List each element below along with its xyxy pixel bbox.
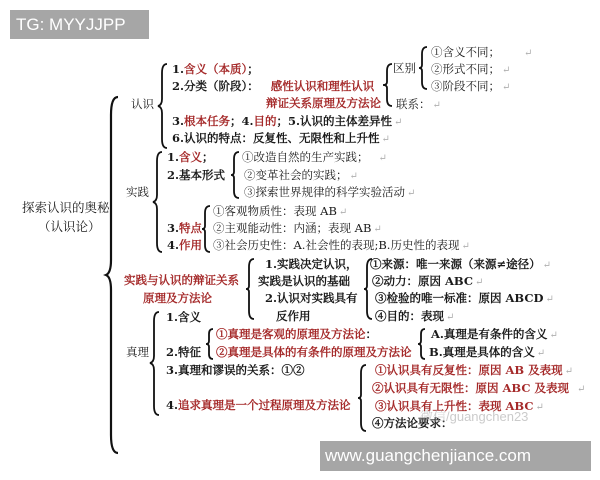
renshi-brace <box>158 63 168 149</box>
renshi-meaning: 含义（本质） <box>184 62 247 76</box>
return-mark-icon: ↵ <box>461 241 469 252</box>
return-mark-icon: ↵ <box>524 48 532 59</box>
return-mark-icon: ↵ <box>379 153 387 164</box>
num: 4. <box>167 238 179 252</box>
text: 6.认识的特点：反复性、无限性和上升性 <box>172 131 380 145</box>
bianzheng-label-1: 实践与认识的辩证关系 <box>124 273 239 287</box>
top-left-badge: TG: MYYJJPP <box>10 10 149 39</box>
qubie-label: 区别 <box>393 61 416 75</box>
bianzheng-p1b: 实践是认识的基础 <box>258 274 350 288</box>
process-item-2: ②认识具有无限性：原因 ABC 及表现↵ <box>372 381 585 397</box>
shijian-feature: 特点 <box>179 221 202 235</box>
feature-item-3: ③社会历史性：A.社会性的表现;B.历史性的表现↵ <box>213 238 470 254</box>
num: 1. <box>172 62 184 76</box>
zhenli-item-3: 3.真理和谬误的关系：①② <box>166 363 305 377</box>
shijian-item-3: 3.特点 <box>167 221 202 235</box>
root-subtitle: （认识论） <box>38 220 101 234</box>
renshi-purpose: 目的 <box>254 114 277 128</box>
text: ②主观能动性：内涵；表现 AB <box>213 221 371 235</box>
return-mark-icon: ↵ <box>502 82 510 93</box>
return-mark-icon: ↵ <box>502 65 510 76</box>
renshi-label: 认识 <box>131 97 154 111</box>
bianzheng-p1a: 1.实践决定认识， <box>265 257 358 271</box>
text: ②形式不同； <box>431 62 500 76</box>
feature-item-1: ①客观物质性：表现 AB↵ <box>213 204 347 220</box>
zhenli-feature-2: ②真理是具体的有条件的原理及方法论 <box>216 345 412 359</box>
role-item-1: ①来源：唯一来源（来源≠途径）↵ <box>370 257 551 273</box>
form-item-2: ②变革社会的实践；↵ <box>244 168 358 184</box>
zhenli-sub-a: A.真理是有条件的含义↵ <box>431 327 558 343</box>
return-mark-icon: ↵ <box>565 366 573 377</box>
shijian-item-1: 1.含义； <box>167 150 214 164</box>
text: 联系： <box>396 97 431 111</box>
zhenli-feature-brace <box>206 328 214 360</box>
renshi-item-1: 1.含义（本质）； <box>172 62 259 76</box>
qubie-brace <box>419 46 428 90</box>
role-item-2: ②动力：原因 ABC↵ <box>372 274 483 290</box>
num: 3. <box>172 114 184 128</box>
return-mark-icon: ↵ <box>373 224 381 235</box>
text: ③阶段不同； <box>431 79 500 93</box>
return-mark-icon: ↵ <box>339 207 347 218</box>
return-mark-icon: ↵ <box>536 402 544 413</box>
return-mark-icon: ↵ <box>549 330 557 341</box>
process-brace <box>358 364 367 432</box>
return-mark-icon: ↵ <box>394 117 402 128</box>
renshi-dialectical: 辩证关系原理及方法论 <box>266 96 381 110</box>
role-item-3: ③检验的唯一标准：原因 ABCD↵ <box>375 291 554 307</box>
renshi-subject-diff: ；5.认识的主体差异性 <box>277 114 393 128</box>
forms-brace <box>231 151 240 199</box>
num: 4. <box>166 398 178 412</box>
renshi-classification: 2.分类（阶段）： <box>172 79 259 93</box>
form-item-3: ③探索世界规律的科学实验活动↵ <box>244 185 415 201</box>
text: ①改造自然的生产实践； <box>242 150 369 164</box>
qubie-lianxi-brace <box>383 63 393 107</box>
shijian-meaning: 含义 <box>179 150 202 164</box>
return-mark-icon: ↵ <box>577 384 585 395</box>
text: B.真理是具体的含义 <box>429 345 535 359</box>
zhenli-sub-brace <box>418 328 426 360</box>
lianxi-label: 联系：↵ <box>396 97 441 113</box>
text: ③探索世界规律的科学实验活动 <box>244 185 405 199</box>
bianzheng-p2b: 反作用 <box>276 309 311 323</box>
return-mark-icon: ↵ <box>350 171 358 182</box>
text: ①客观物质性：表现 AB <box>213 204 337 218</box>
bottom-right-badge: www.guangchenjiance.com <box>320 441 591 471</box>
bianzheng-label-2: 原理及方法论 <box>143 291 212 305</box>
return-mark-icon: ↵ <box>407 188 415 199</box>
shijian-item-2: 2.基本形式 <box>167 168 225 182</box>
text: ④目的：表现 <box>375 309 444 323</box>
zhenli-item-2: 2.特征 <box>166 345 201 359</box>
shijian-brace <box>153 151 163 253</box>
zhenli-label: 真理 <box>126 345 149 359</box>
zhenli-process: 追求真理是一个过程原理及方法论 <box>178 398 351 412</box>
features-brace <box>202 205 211 253</box>
root-title: 探索认识的奥秘 <box>22 201 110 215</box>
tail: ； <box>202 150 214 164</box>
num: 1. <box>167 150 179 164</box>
text: ②变革社会的实践； <box>244 168 348 182</box>
qubie-item-1: ①含义不同；↵ <box>431 45 532 61</box>
bianzheng-p2a: 2.认识对实践具有 <box>265 291 358 305</box>
form-item-1: ①改造自然的生产实践；↵ <box>242 150 387 166</box>
zhenli-sub-b: B.真理是具体的含义↵ <box>429 345 545 361</box>
return-mark-icon: ↵ <box>543 260 551 271</box>
root-brace <box>106 95 120 455</box>
text: A.真理是有条件的含义 <box>431 327 547 341</box>
renshi-item-3: 3.根本任务；4.目的；5.认识的主体差异性↵ <box>172 114 402 130</box>
process-item-1: ①认识具有反复性：原因 AB 及表现↵ <box>375 363 573 379</box>
text: ①认识具有反复性：原因 AB 及表现 <box>375 363 563 377</box>
qubie-item-3: ③阶段不同；↵ <box>431 79 510 95</box>
text: ②动力：原因 ABC <box>372 274 473 288</box>
zhenli-brace <box>150 311 160 416</box>
text: ②认识具有无限性：原因 ABC 及表现 <box>372 381 569 395</box>
return-mark-icon: ↵ <box>537 348 545 359</box>
zhenli-item-4: 4.追求真理是一个过程原理及方法论 <box>166 398 351 412</box>
feature-item-2: ②主观能动性：内涵；表现 AB↵ <box>213 221 382 237</box>
renshi-item-2: 2.分类（阶段）： 感性认识和理性认识 <box>172 79 374 93</box>
qubie-item-2: ②形式不同；↵ <box>431 62 510 78</box>
return-mark-icon: ↵ <box>382 134 390 145</box>
sep: ；4. <box>230 114 254 128</box>
renshi-task: 根本任务 <box>184 114 230 128</box>
return-mark-icon: ↵ <box>475 277 483 288</box>
zhenli-item-1: 1.含义 <box>166 310 201 324</box>
shijian-function: 作用 <box>179 238 202 252</box>
text: ③社会历史性：A.社会性的表现;B.历史性的表现 <box>213 238 459 252</box>
zhenli-feature-1: ①真理是客观的原理及方法论： <box>216 327 377 341</box>
bianzheng-brace <box>246 258 255 320</box>
text: ①来源：唯一来源（来源≠途径） <box>370 257 541 271</box>
return-mark-icon: ↵ <box>433 100 441 111</box>
renshi-perceptual-rational: 感性认识和理性认识 <box>271 79 375 93</box>
role-item-4: ④目的：表现↵ <box>375 309 454 325</box>
num: 3. <box>167 221 179 235</box>
watermark: 微信/guangchen23 <box>420 406 528 425</box>
return-mark-icon: ↵ <box>545 294 553 305</box>
text: ③检验的唯一标准：原因 ABCD <box>375 291 543 305</box>
text: ①真理是客观的原理及方法论 <box>216 327 366 341</box>
renshi-item-6: 6.认识的特点：反复性、无限性和上升性↵ <box>172 131 390 147</box>
return-mark-icon: ↵ <box>446 312 454 323</box>
shijian-item-4: 4.作用 <box>167 238 202 252</box>
shijian-label: 实践 <box>126 185 149 199</box>
tail: ： <box>366 327 378 341</box>
tail: ； <box>247 62 259 76</box>
text: ①含义不同； <box>431 45 500 59</box>
